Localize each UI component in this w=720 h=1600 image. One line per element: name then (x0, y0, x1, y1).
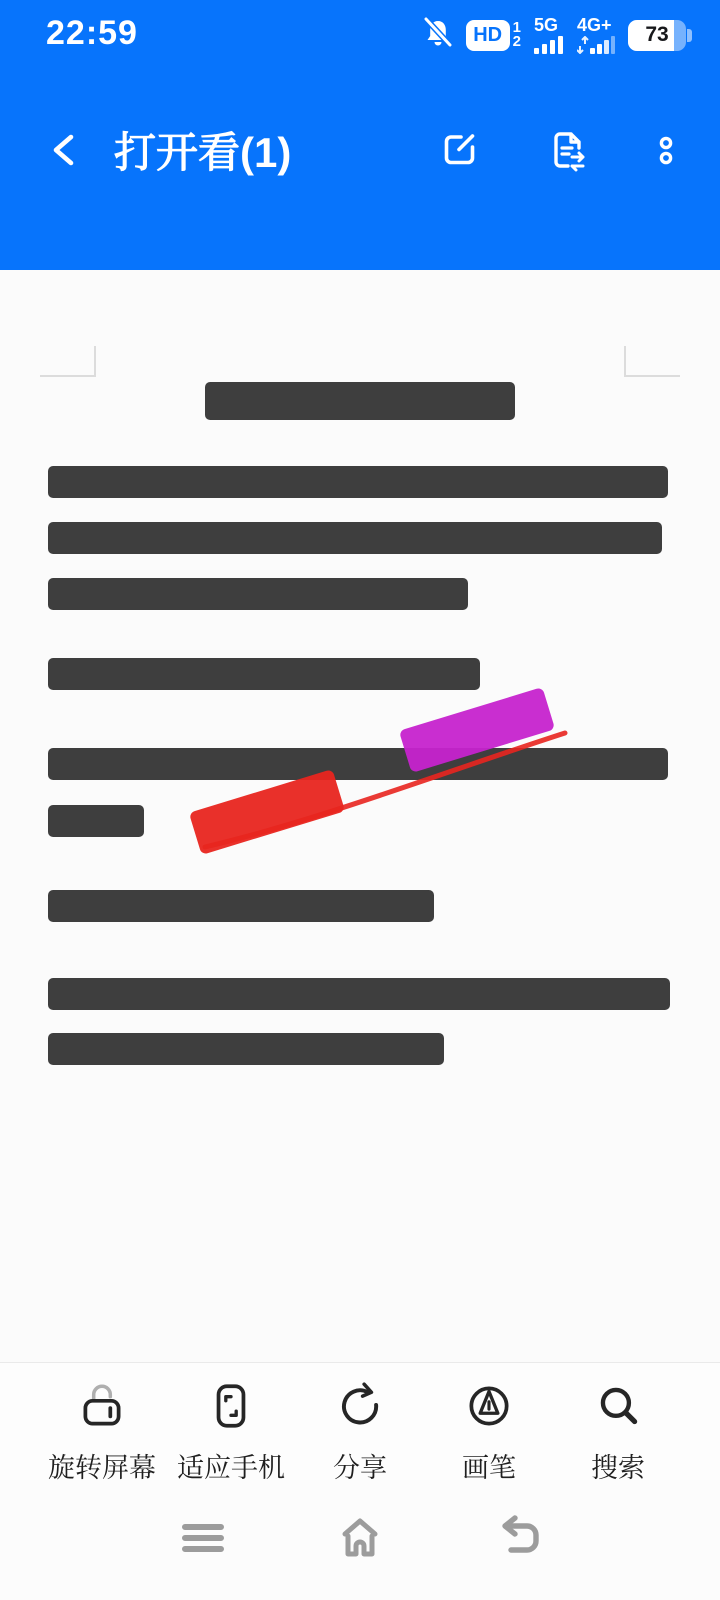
brush-icon (462, 1379, 516, 1438)
brush-button[interactable]: 画笔 (429, 1379, 549, 1480)
convert-document-button[interactable] (546, 128, 590, 172)
battery-percent: 73 (628, 20, 686, 51)
share-icon (333, 1379, 387, 1438)
doc-paragraph1-line1-redacted (48, 466, 668, 498)
search-button[interactable]: 搜索 (558, 1379, 678, 1480)
app-bar: 打开看(1) (0, 114, 720, 186)
doc-paragraph1-line2-redacted (48, 522, 662, 554)
page-title: 打开看(1) (114, 120, 291, 180)
document-viewport[interactable] (0, 270, 720, 1362)
more-options-button[interactable] (654, 128, 678, 172)
signal-4g-icon: 4G+ (577, 16, 615, 54)
battery-icon: 73 (628, 20, 692, 51)
volte-hd-icon: HD 1 2 (466, 20, 521, 51)
mute-bell-icon (423, 17, 453, 54)
home-button[interactable] (332, 1512, 388, 1569)
viewer-toolbar: 旋转屏幕 适应手机 分享 画笔 (0, 1362, 720, 1480)
status-bar: 22:59 HD 1 2 5G (0, 0, 720, 62)
system-nav-bar (0, 1480, 720, 1600)
fit-screen-icon (204, 1379, 258, 1438)
status-time: 22:59 (46, 14, 138, 53)
doc-paragraph5-line2-redacted (48, 1033, 444, 1065)
status-icons: HD 1 2 5G 4G+ (423, 14, 692, 54)
doc-paragraph2-line1-redacted (48, 658, 480, 690)
share-button[interactable]: 分享 (300, 1379, 420, 1480)
rotate-lock-icon (75, 1379, 129, 1438)
recents-menu-button[interactable] (175, 1512, 231, 1569)
signal-5g-icon: 5G (534, 16, 564, 54)
search-icon (591, 1379, 645, 1438)
doc-paragraph3-line2-redacted (48, 805, 144, 837)
fit-to-phone-button[interactable]: 适应手机 (171, 1379, 291, 1480)
back-nav-button[interactable] (489, 1512, 545, 1569)
rotate-screen-button[interactable]: 旋转屏幕 (42, 1379, 162, 1480)
page-corner-mark-right (624, 346, 680, 377)
doc-paragraph4-line1-redacted (48, 890, 434, 922)
doc-paragraph1-line3-redacted (48, 578, 468, 610)
back-button[interactable] (46, 128, 80, 172)
edit-button[interactable] (438, 128, 482, 172)
doc-paragraph5-line1-redacted (48, 978, 670, 1010)
page-corner-mark-left (40, 346, 96, 377)
doc-title-redacted (205, 382, 515, 420)
app-header: 22:59 HD 1 2 5G (0, 0, 720, 270)
